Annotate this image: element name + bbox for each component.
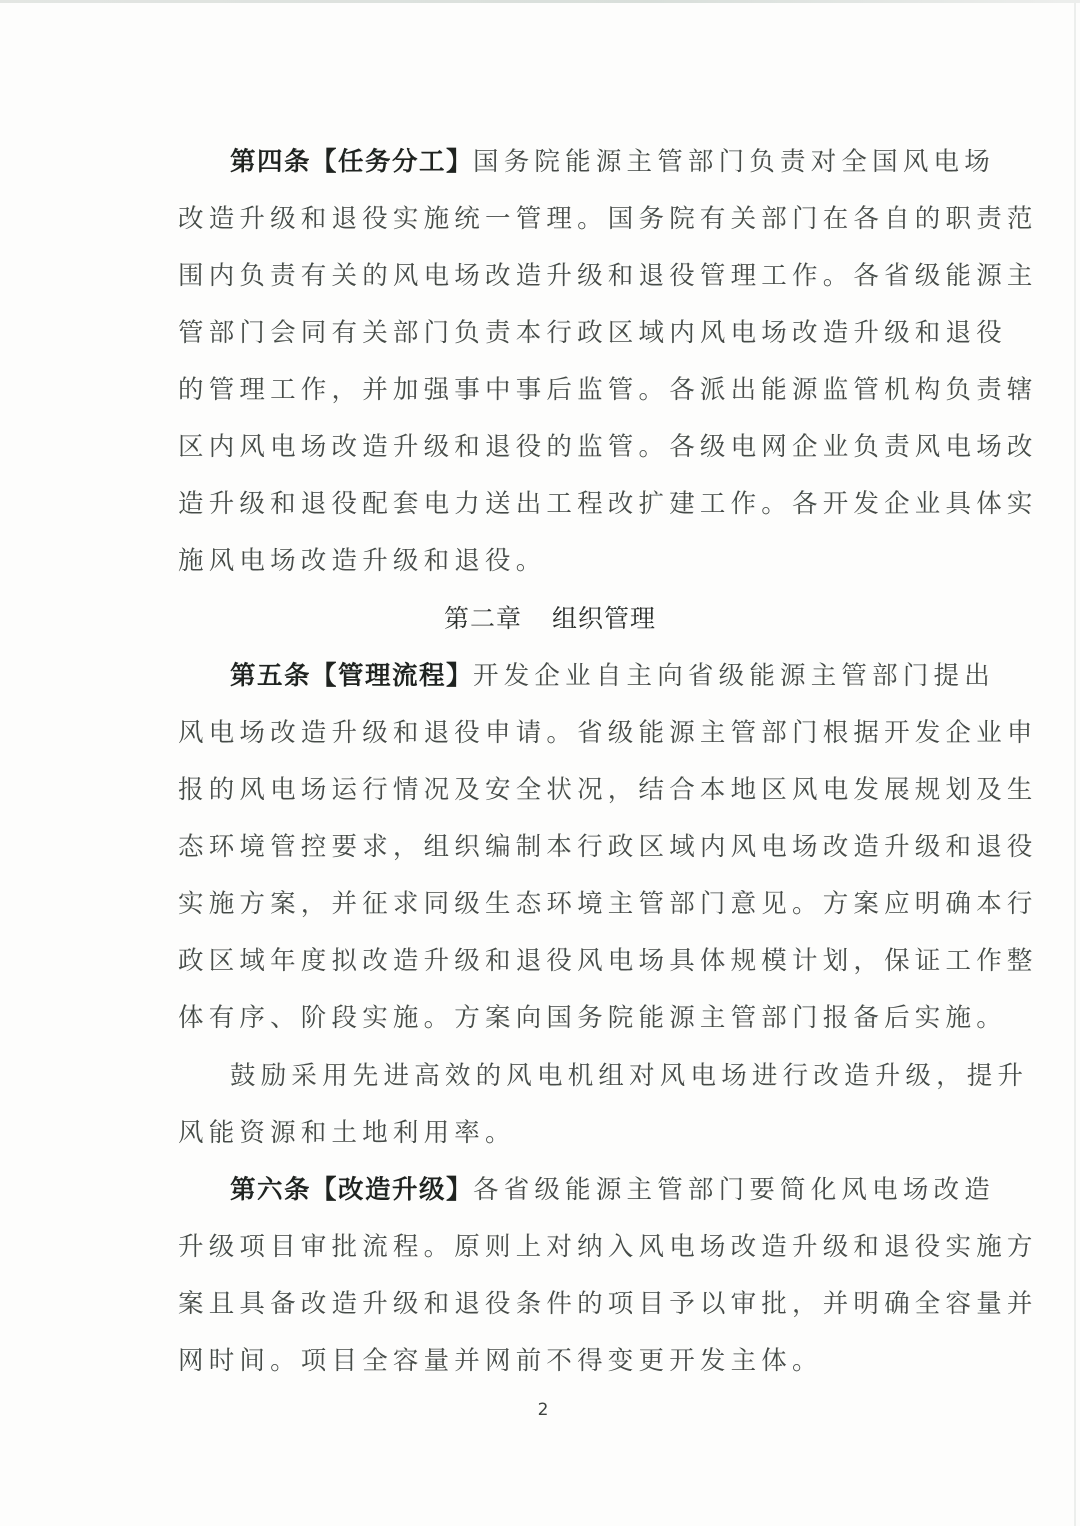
article-4-line-5: 的管理工作，并加强事中事后监管。各派出能源监管机构负责辖 (178, 373, 926, 407)
article-4-line-1: 第四条【任务分工】国务院能源主管部门负责对全国风电场 (230, 145, 926, 179)
article-5-line-7: 体有序、阶段实施。方案向国务院能源主管部门报备后实施。 (178, 1001, 926, 1035)
chapter-heading: 第二章组织管理 (0, 602, 1080, 636)
chapter-title: 组织管理 (552, 604, 656, 633)
chapter-number: 第二章 (444, 604, 522, 633)
article-4-line-8: 施风电场改造升级和退役。 (178, 544, 926, 578)
article-6-line-4: 网时间。项目全容量并网前不得变更开发主体。 (178, 1344, 926, 1378)
article-5-line-4: 态环境管控要求，组织编制本行政区域内风电场改造升级和退役 (178, 830, 926, 864)
document-page: 第四条【任务分工】国务院能源主管部门负责对全国风电场 改造升级和退役实施统一管理… (0, 0, 1080, 1526)
article-5-line-6: 政区域年度拟改造升级和退役风电场具体规模计划，保证工作整 (178, 944, 926, 978)
page-number: 2 (0, 1400, 1080, 1420)
article-6-heading: 第六条【改造升级】 (230, 1175, 473, 1205)
article-5-extra-line-2: 风能资源和土地利用率。 (178, 1116, 926, 1150)
article-5-line-1: 第五条【管理流程】开发企业自主向省级能源主管部门提出 (230, 659, 926, 693)
article-5-line-2: 风电场改造升级和退役申请。省级能源主管部门根据开发企业申 (178, 716, 926, 750)
article-5-extra-line-1: 鼓励采用先进高效的风电机组对风电场进行改造升级，提升 (230, 1059, 926, 1093)
article-4-line-4: 管部门会同有关部门负责本行政区域内风电场改造升级和退役 (178, 316, 926, 350)
article-5-line-3: 报的风电场运行情况及安全状况，结合本地区风电发展规划及生 (178, 773, 926, 807)
article-4-line-6: 区内风电场改造升级和退役的监管。各级电网企业负责风电场改 (178, 430, 926, 464)
article-5-heading: 第五条【管理流程】 (230, 661, 473, 691)
article-5-line-5: 实施方案，并征求同级生态环境主管部门意见。方案应明确本行 (178, 887, 926, 921)
article-4-line-3: 围内负责有关的风电场改造升级和退役管理工作。各省级能源主 (178, 259, 926, 293)
article-4-line-2: 改造升级和退役实施统一管理。国务院有关部门在各自的职责范 (178, 202, 926, 236)
article-4-heading: 第四条【任务分工】 (230, 147, 473, 177)
article-6-line-2: 升级项目审批流程。原则上对纳入风电场改造升级和退役实施方 (178, 1230, 926, 1264)
article-6-line-1: 第六条【改造升级】各省级能源主管部门要简化风电场改造 (230, 1173, 926, 1207)
article-4-line-7: 造升级和退役配套电力送出工程改扩建工作。各开发企业具体实 (178, 487, 926, 521)
article-6-line-3: 案且具备改造升级和退役条件的项目予以审批，并明确全容量并 (178, 1287, 926, 1321)
